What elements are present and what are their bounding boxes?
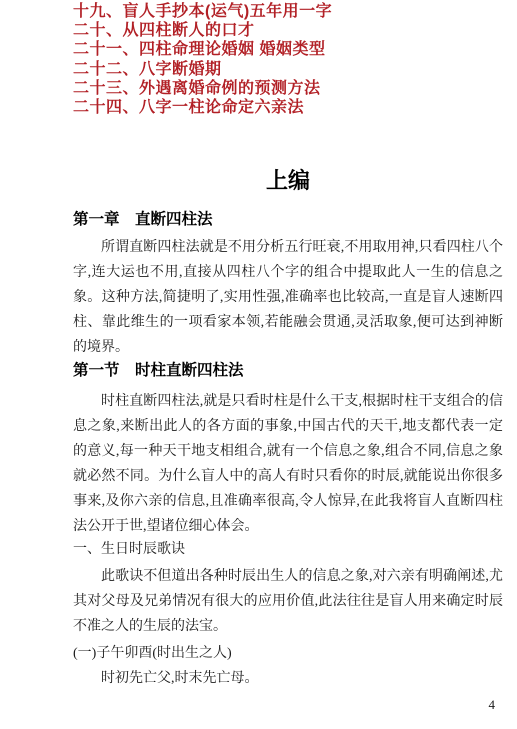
list-heading-birth-hour-verse: 一、生日时辰歌诀 [73, 542, 503, 558]
paragraph-chapter-intro: 所谓直断四柱法就是不用分析五行旺衰,不用取用神,只看四柱八个字,连大运也不用,直… [73, 235, 503, 360]
item-heading-zi-wu-mao-you: (一)子午卯酉(时出生之人) [73, 646, 503, 662]
page-number: 4 [489, 698, 496, 712]
content-column: 十九、盲人手抄本(运气)五年用一字 二十、从四柱断人的口才 二十一、四柱命理论婚… [73, 0, 503, 687]
toc-item: 二十二、八字断婚期 [73, 60, 503, 79]
toc-item: 二十一、四柱命理论婚姻 婚姻类型 [73, 40, 503, 59]
chapter-heading: 第一章 直断四柱法 [73, 212, 503, 228]
section-heading: 第一节 时柱直断四柱法 [73, 363, 503, 379]
toc-item: 十九、盲人手抄本(运气)五年用一字 [73, 2, 503, 21]
toc-item: 二十四、八字一柱论命定六亲法 [73, 98, 503, 117]
toc-item: 二十三、外遇离婚命例的预测方法 [73, 79, 503, 98]
toc-list: 十九、盲人手抄本(运气)五年用一字 二十、从四柱断人的口才 二十一、四柱命理论婚… [73, 2, 503, 117]
paragraph-section-intro: 时柱直断四柱法,就是只看时柱是什么干支,根据时柱干支组合的信息之象,来断出此人的… [73, 389, 503, 539]
paragraph-verse-intro: 此歌诀不但道出各种时辰出生人的信息之象,对六亲有明确阐述,尤其对父母及兄弟情况有… [73, 564, 503, 639]
document-page: 十九、盲人手抄本(运气)五年用一字 二十、从四柱断人的口才 二十一、四柱命理论婚… [0, 0, 517, 729]
verse-line: 时初先亡父,时末先亡母。 [73, 671, 503, 687]
part-title: 上编 [73, 169, 503, 193]
toc-item: 二十、从四柱断人的口才 [73, 21, 503, 40]
